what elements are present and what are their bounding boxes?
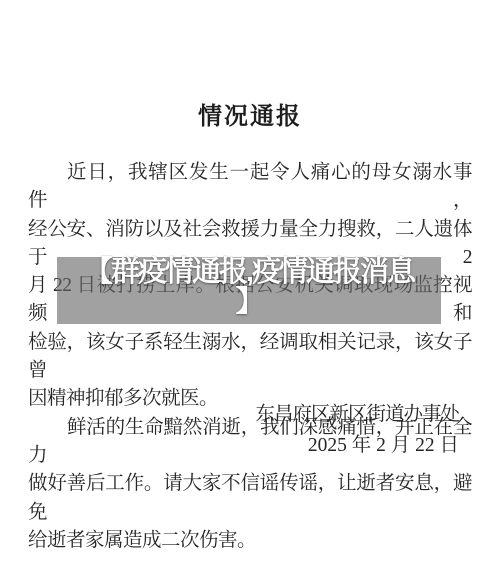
body-line: 给逝者家属造成二次伤害。 — [28, 527, 472, 555]
notice-page: 情况通报 近日，我辖区发生一起令人痛心的母女溺水事件， 经公安、消防以及社会救援… — [0, 0, 500, 572]
signature-office: 东昌府区新区街道办事处 — [255, 400, 459, 431]
signature-date: 2025 年 2 月 22 日 — [255, 431, 459, 462]
body-line: 做好善后工作。请大家不信谣传谣，让逝者安息，避免 — [28, 470, 472, 527]
caption-overlay-band: 【群疫情通报,疫情通报消息 】 — [57, 257, 441, 324]
signature-block: 东昌府区新区街道办事处 2025 年 2 月 22 日 — [255, 400, 459, 461]
notice-body: 近日，我辖区发生一起令人痛心的母女溺水事件， 经公安、消防以及社会救援力量全力搜… — [28, 159, 472, 555]
caption-text-line1: 【群疫情通报,疫情通报消息 — [57, 257, 441, 287]
caption-text-line2: 】 — [57, 287, 441, 317]
body-line: 近日，我辖区发生一起令人痛心的母女溺水事件， — [28, 159, 472, 216]
body-line: 检验，该女子系轻生溺水，经调取相关记录，该女子曾 — [28, 329, 472, 386]
notice-title: 情况通报 — [0, 96, 500, 131]
